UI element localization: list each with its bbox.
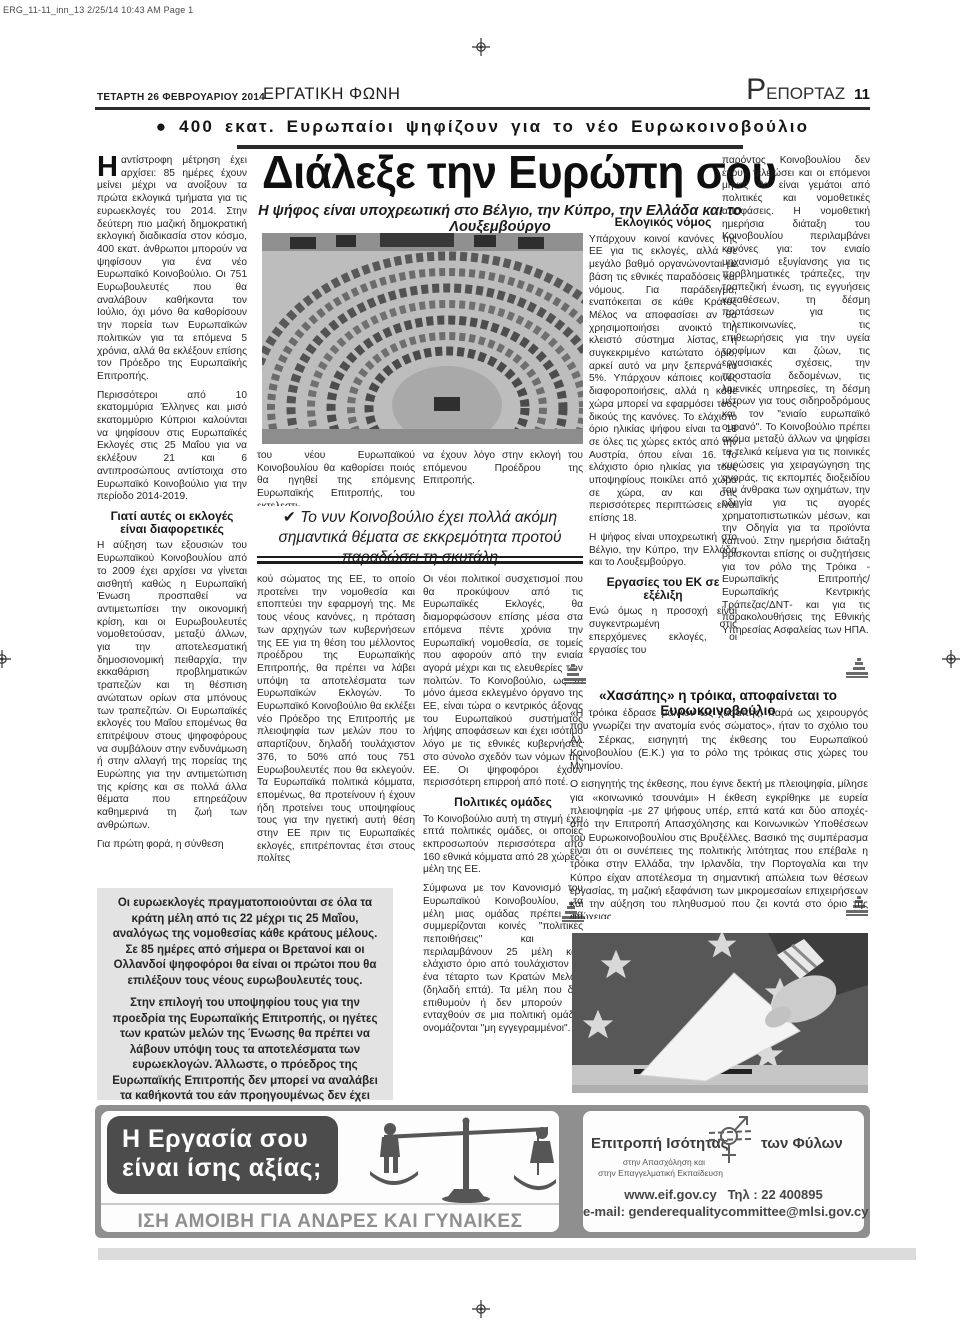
highlight-paragraph: Στην επιλογή του υποψηφίου τους για την … (107, 996, 383, 1120)
committee-name-left: Επιτροπή Ισότητας (591, 1135, 729, 1152)
highlight-box: Οι ευρωεκλογές πραγματοποιούνται σε όλα … (97, 888, 393, 1100)
ad-strip-text: ΙΣΗ ΑΜΟΙΒΗ ΓΙΑ ΑΝΔΡΕΣ ΚΑΙ ΓΥΝΑΙΚΕΣ (101, 1203, 559, 1233)
subhead-political-groups: Πολιτικές ομάδες (423, 796, 583, 809)
scan-shadow-strip (98, 1248, 916, 1260)
paragraph: Η ψήφος είναι υποχρεωτική στο Βέλγιο, τη… (589, 532, 737, 570)
paragraph: Περισσότεροι από 10 εκατομμύρια Έλληνες … (97, 390, 247, 504)
registration-mark-icon (942, 650, 960, 673)
kicker: ● 400 εκατ. Ευρωπαίοι ψηφίζουν για το νέ… (95, 117, 870, 137)
subhead-ep-work: Εργασίες του ΕΚ σε εξέλιξη (589, 576, 737, 601)
subhead-electoral-law: Εκλογικός νόμος (589, 216, 737, 229)
paragraph: Υπάρχουν κοινοί κανόνες της ΕΕ για τις ε… (589, 234, 737, 526)
article-column-5: παρόντος Κοινοβουλίου δεν έχουν τελειώσε… (722, 155, 870, 667)
highlight-paragraph: Οι ευρωεκλογές πραγματοποιούνται σε όλα … (107, 896, 383, 989)
ad-banner-left-panel: Η Εργασία σου είναι ίσης αξίας; (101, 1111, 559, 1232)
section-label: ΕΠΟΡΤΑΖ (766, 84, 845, 104)
committee-phone: Τηλ : 22 400895 (728, 1187, 823, 1202)
main-headline: Διάλεξε την Ευρώπη σου (262, 147, 740, 200)
ballot-box-photo (572, 933, 868, 1093)
paragraph: αντίστροφη μέτρηση έχει αρχίσει: 85 ημέρ… (97, 155, 247, 382)
subhead-why-elections: Γιατί αυτές οι εκλογές είναι διαφορετικέ… (97, 510, 247, 535)
article-column-4: Εκλογικός νόμος Υπάρχουν κοινοί κανόνες … (589, 216, 737, 688)
ad-slogan-line2: είναι ίσης αξίας; (122, 1154, 338, 1183)
paragraph: Ενώ όμως η προσοχή είναι συγκεντρωμένη σ… (589, 606, 737, 657)
committee-subtitle-2: στην Επαγγελματική Εκπαίδευση (583, 1168, 723, 1179)
kicker-bullet-icon: ● (156, 117, 168, 136)
committee-website: www.eif.gov.cy (624, 1187, 716, 1202)
registration-mark-icon (472, 38, 490, 61)
newspaper-page: ERG_11-11_inn_13 2/25/14 10:43 AM Page 1… (0, 0, 960, 1329)
gender-equality-logo (709, 1113, 753, 1174)
scales-illustration (346, 1111, 556, 1208)
paragraph: Η αύξηση των εξουσιών του Ευρωπαϊκού Κοι… (97, 540, 247, 832)
article-column-2b: κού σώματος της ΕΕ, το οποίο προτείνει τ… (257, 574, 415, 889)
committee-subtitle-1: στην Απασχόληση και (583, 1157, 705, 1168)
committee-contact-row: www.eif.gov.cy Τηλ : 22 400895 (583, 1187, 864, 1202)
page-number: 11 (854, 86, 870, 103)
registration-mark-icon (0, 650, 11, 673)
registration-mark-icon (472, 1300, 490, 1323)
masthead: ΕΡΓΑΤΙΚΗ ΦΩΝΗ (263, 85, 400, 104)
corner-ornament-icon (846, 658, 868, 685)
paragraph: Σύμφωνα με τον Κανονισμό του Ευρωπαϊκού … (423, 883, 583, 1035)
committee-name-right: των Φύλων (761, 1135, 843, 1152)
pull-quote-rule (257, 556, 583, 564)
paragraph: Οι νέοι πολιτικοί συσχετισμοί που θα προ… (423, 574, 583, 790)
troika-box-body: «Η τρόικα έδρασε μάλλον ως χασάπης, παρά… (570, 707, 868, 919)
article-column-1: Ηαντίστροφη μέτρηση έχει αρχίσει: 85 ημέ… (97, 155, 247, 887)
check-icon: ✔ (283, 509, 296, 526)
ad-banner-right-panel: Επιτροπή Ισότητας των Φύλων στην Απασχόλ… (583, 1111, 864, 1232)
paragraph: «Η τρόικα έδρασε μάλλον ως χασάπης, παρά… (570, 707, 868, 773)
header-rule (95, 107, 870, 110)
issue-date: ΤΕΤΑΡΤΗ 26 ΦΕΒΡΟΥΑΡΙΟΥ 2014 (97, 92, 265, 103)
paragraph: Το Κοινοβούλιο αυτή τη στιγμή έχει επτά … (423, 814, 583, 878)
parliament-hemicycle-photo (262, 233, 583, 444)
kicker-text: 400 εκατ. Ευρωπαίοι ψηφίζουν για το νέο … (179, 117, 809, 136)
ad-slogan-line1: Η Εργασία σου (122, 1125, 338, 1154)
print-slug: ERG_11-11_inn_13 2/25/14 10:43 AM Page 1 (3, 5, 193, 15)
committee-email: e-mail: genderequalitycommittee@mlsi.gov… (583, 1204, 864, 1219)
section-initial: Ρ (746, 76, 766, 104)
article-column-2a: του νέου Ευρωπαϊκού Κοινοβουλίου θα καθο… (257, 450, 415, 506)
article-column-3a: να έχουν λόγο στην εκλογή του επόμενου Π… (423, 450, 583, 506)
paragraph: Ο εισηγητής της έκθεσης, που έγινε δεκτή… (570, 778, 868, 919)
section-header: ΡΕΠΟΡΤΑΖ 11 (690, 76, 870, 104)
ad-slogan-box: Η Εργασία σου είναι ίσης αξίας; (107, 1116, 338, 1194)
drop-cap: Η (97, 155, 118, 179)
ad-banner: Η Εργασία σου είναι ίσης αξίας; (95, 1105, 870, 1238)
corner-ornament-icon (564, 664, 586, 691)
article-column-3b: Οι νέοι πολιτικοί συσχετισμοί που θα προ… (423, 574, 583, 1100)
paragraph: Για πρώτη φορά, η σύνθεση (97, 839, 247, 852)
